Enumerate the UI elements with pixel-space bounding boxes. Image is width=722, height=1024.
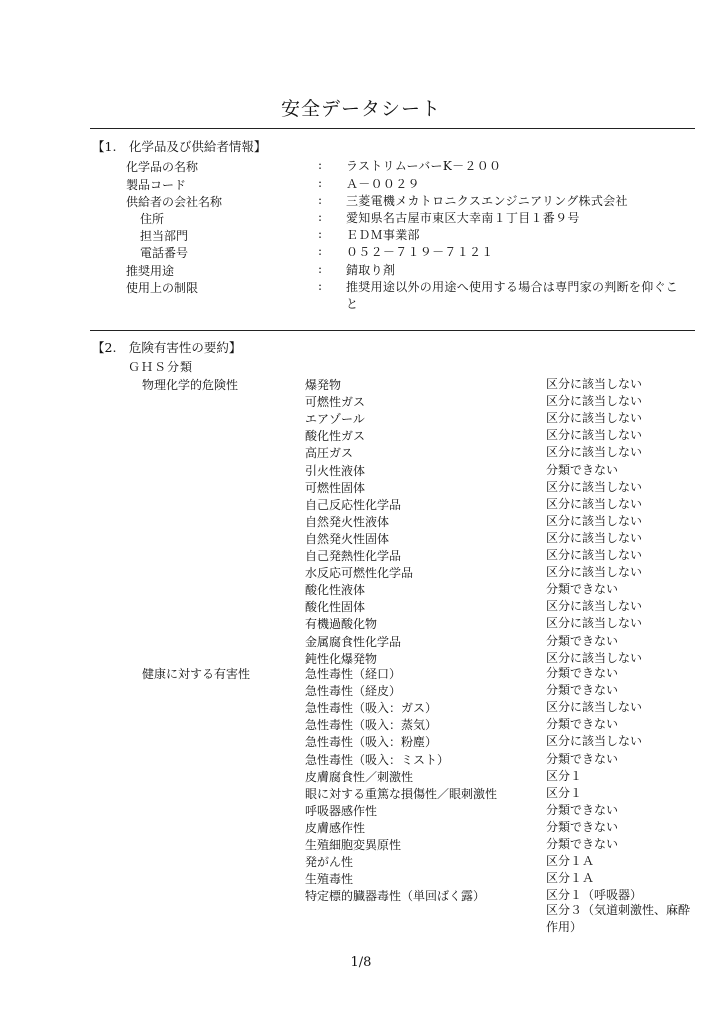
- info-row-recommended-use: 推奨用途 : 錆取り剤: [0, 262, 722, 279]
- hazard-classification: 区分に該当しない: [546, 699, 696, 716]
- hazard-name: 皮膚感作性: [305, 819, 365, 836]
- hazard-classification: 分類できない: [546, 633, 696, 650]
- page-number: 1/8: [0, 955, 722, 970]
- hazard-name: 自然発火性液体: [305, 513, 389, 530]
- label: 化学品の名称: [126, 158, 198, 175]
- hazard-classification: 区分に該当しない: [546, 513, 696, 530]
- hazard-name: 可燃性固体: [305, 479, 365, 496]
- hazard-classification: 区分１: [546, 785, 696, 802]
- value: 愛知県名古屋市東区大幸南１丁目１番９号: [346, 210, 691, 227]
- hazard-name: 可燃性ガス: [305, 393, 365, 410]
- hazard-classification: 区分に該当しない: [546, 376, 696, 393]
- hazard-name: 急性毒性（吸入：ガス）: [305, 699, 437, 716]
- hazard-name: 高圧ガス: [305, 444, 353, 461]
- hazard-classification: 分類できない: [546, 802, 696, 819]
- document-title: 安全データシート: [0, 94, 722, 121]
- value: 三菱電機メカトロニクスエンジニアリング株式会社: [346, 193, 691, 210]
- hazard-name: 急性毒性（吸入：蒸気）: [305, 716, 437, 733]
- hazard-classification: 分類できない: [546, 581, 696, 598]
- hazard-name: 急性毒性（吸入：粉塵）: [305, 733, 437, 750]
- hazard-classification: 分類できない: [546, 665, 696, 682]
- hazard-name: 爆発物: [305, 376, 341, 393]
- section-1-heading: 【1. 化学品及び供給者情報】: [92, 137, 266, 155]
- hazard-name: 急性毒性（経口）: [305, 665, 401, 682]
- colon: :: [318, 244, 322, 258]
- info-row-product-name: 化学品の名称 : ラストリムーバーK－２００: [0, 158, 722, 175]
- colon: :: [318, 210, 322, 224]
- hazard-name: 自己反応性化学品: [305, 496, 401, 513]
- colon: :: [318, 176, 322, 190]
- hazard-classification: 区分に該当しない: [546, 598, 696, 615]
- info-row-restrictions: 使用上の制限 : 推奨用途以外の用途へ使用する場合は専門家の判断を仰ぐこと: [0, 279, 722, 296]
- value: 推奨用途以外の用途へ使用する場合は専門家の判断を仰ぐこと: [346, 279, 681, 313]
- hazard-classification: 区分１Ａ: [546, 853, 696, 870]
- hazard-name: 急性毒性（経皮）: [305, 682, 401, 699]
- physical-hazards-label: 物理化学的危険性: [142, 376, 238, 393]
- hazard-classification: 区分に該当しない: [546, 530, 696, 547]
- value: Ａ－００２９: [346, 176, 691, 193]
- label: 電話番号: [140, 244, 188, 261]
- label: 住所: [140, 210, 164, 227]
- hazard-classification: 分類できない: [546, 836, 696, 853]
- section-2-heading: 【2. 危険有害性の要約】: [92, 338, 241, 356]
- hazard-name: 呼吸器感作性: [305, 802, 377, 819]
- hazard-name: 自然発火性固体: [305, 530, 389, 547]
- hazard-classification: 区分に該当しない: [546, 444, 696, 461]
- divider: [90, 128, 695, 129]
- label: 供給者の会社名称: [126, 193, 222, 210]
- label: 使用上の制限: [126, 279, 198, 296]
- colon: :: [318, 279, 322, 293]
- hazard-name: 酸化性液体: [305, 581, 365, 598]
- info-row-phone: 電話番号 : ０５２－７１９－７１２１: [0, 244, 722, 261]
- value: ラストリムーバーK－２００: [346, 158, 691, 175]
- hazard-classification: 区分３（気道刺激性、麻酔作用）: [546, 902, 691, 936]
- colon: :: [318, 262, 322, 276]
- value: ０５２－７１９－７１２１: [346, 244, 691, 261]
- label: 製品コード: [126, 176, 186, 193]
- info-row-address: 住所 : 愛知県名古屋市東区大幸南１丁目１番９号: [0, 210, 722, 227]
- hazard-name: 有機過酸化物: [305, 615, 377, 632]
- hazard-name: 特定標的臓器毒性（単回ばく露）: [305, 887, 485, 904]
- hazard-classification: 分類できない: [546, 751, 696, 768]
- hazard-classification: 区分に該当しない: [546, 615, 696, 632]
- hazard-classification: 区分１Ａ: [546, 870, 696, 887]
- label: 担当部門: [140, 227, 188, 244]
- hazard-name: 金属腐食性化学品: [305, 633, 401, 650]
- colon: :: [318, 227, 322, 241]
- hazard-classification: 区分に該当しない: [546, 479, 696, 496]
- hazard-name: 酸化性ガス: [305, 427, 365, 444]
- hazard-name: 生殖毒性: [305, 870, 353, 887]
- hazard-classification: 分類できない: [546, 462, 696, 479]
- hazard-classification: 区分に該当しない: [546, 427, 696, 444]
- hazard-name: 水反応可燃性化学品: [305, 564, 413, 581]
- hazard-name: 急性毒性（吸入：ミスト）: [305, 751, 449, 768]
- info-row-supplier: 供給者の会社名称 : 三菱電機メカトロニクスエンジニアリング株式会社: [0, 193, 722, 210]
- hazard-name: 引火性液体: [305, 462, 365, 479]
- hazard-name: 発がん性: [305, 853, 353, 870]
- hazard-name: 酸化性固体: [305, 598, 365, 615]
- hazard-name: 眼に対する重篤な損傷性／眼刺激性: [305, 785, 497, 802]
- hazard-classification: 分類できない: [546, 716, 696, 733]
- hazard-name: エアゾール: [305, 410, 365, 427]
- colon: :: [318, 193, 322, 207]
- hazard-classification: 区分に該当しない: [546, 733, 696, 750]
- hazard-name: 皮膚腐食性／刺激性: [305, 768, 413, 785]
- hazard-name: 自己発熱性化学品: [305, 547, 401, 564]
- hazard-classification: 区分に該当しない: [546, 547, 696, 564]
- colon: :: [318, 158, 322, 172]
- info-row-department: 担当部門 : ＥＤＭ事業部: [0, 227, 722, 244]
- value: 錆取り剤: [346, 262, 691, 279]
- hazard-classification: 区分１: [546, 768, 696, 785]
- hazard-name: 生殖細胞変異原性: [305, 836, 401, 853]
- hazard-classification: 分類できない: [546, 682, 696, 699]
- ghs-classification-label: ＧＨＳ分類: [128, 358, 193, 375]
- divider: [90, 330, 695, 331]
- value: ＥＤＭ事業部: [346, 227, 691, 244]
- hazard-classification: 区分に該当しない: [546, 393, 696, 410]
- label: 推奨用途: [126, 262, 174, 279]
- hazard-classification: 区分に該当しない: [546, 564, 696, 581]
- hazard-classification: 区分に該当しない: [546, 410, 696, 427]
- health-hazards-label: 健康に対する有害性: [142, 665, 250, 682]
- hazard-classification: 分類できない: [546, 819, 696, 836]
- info-row-product-code: 製品コード : Ａ－００２９: [0, 176, 722, 193]
- hazard-classification: 区分に該当しない: [546, 496, 696, 513]
